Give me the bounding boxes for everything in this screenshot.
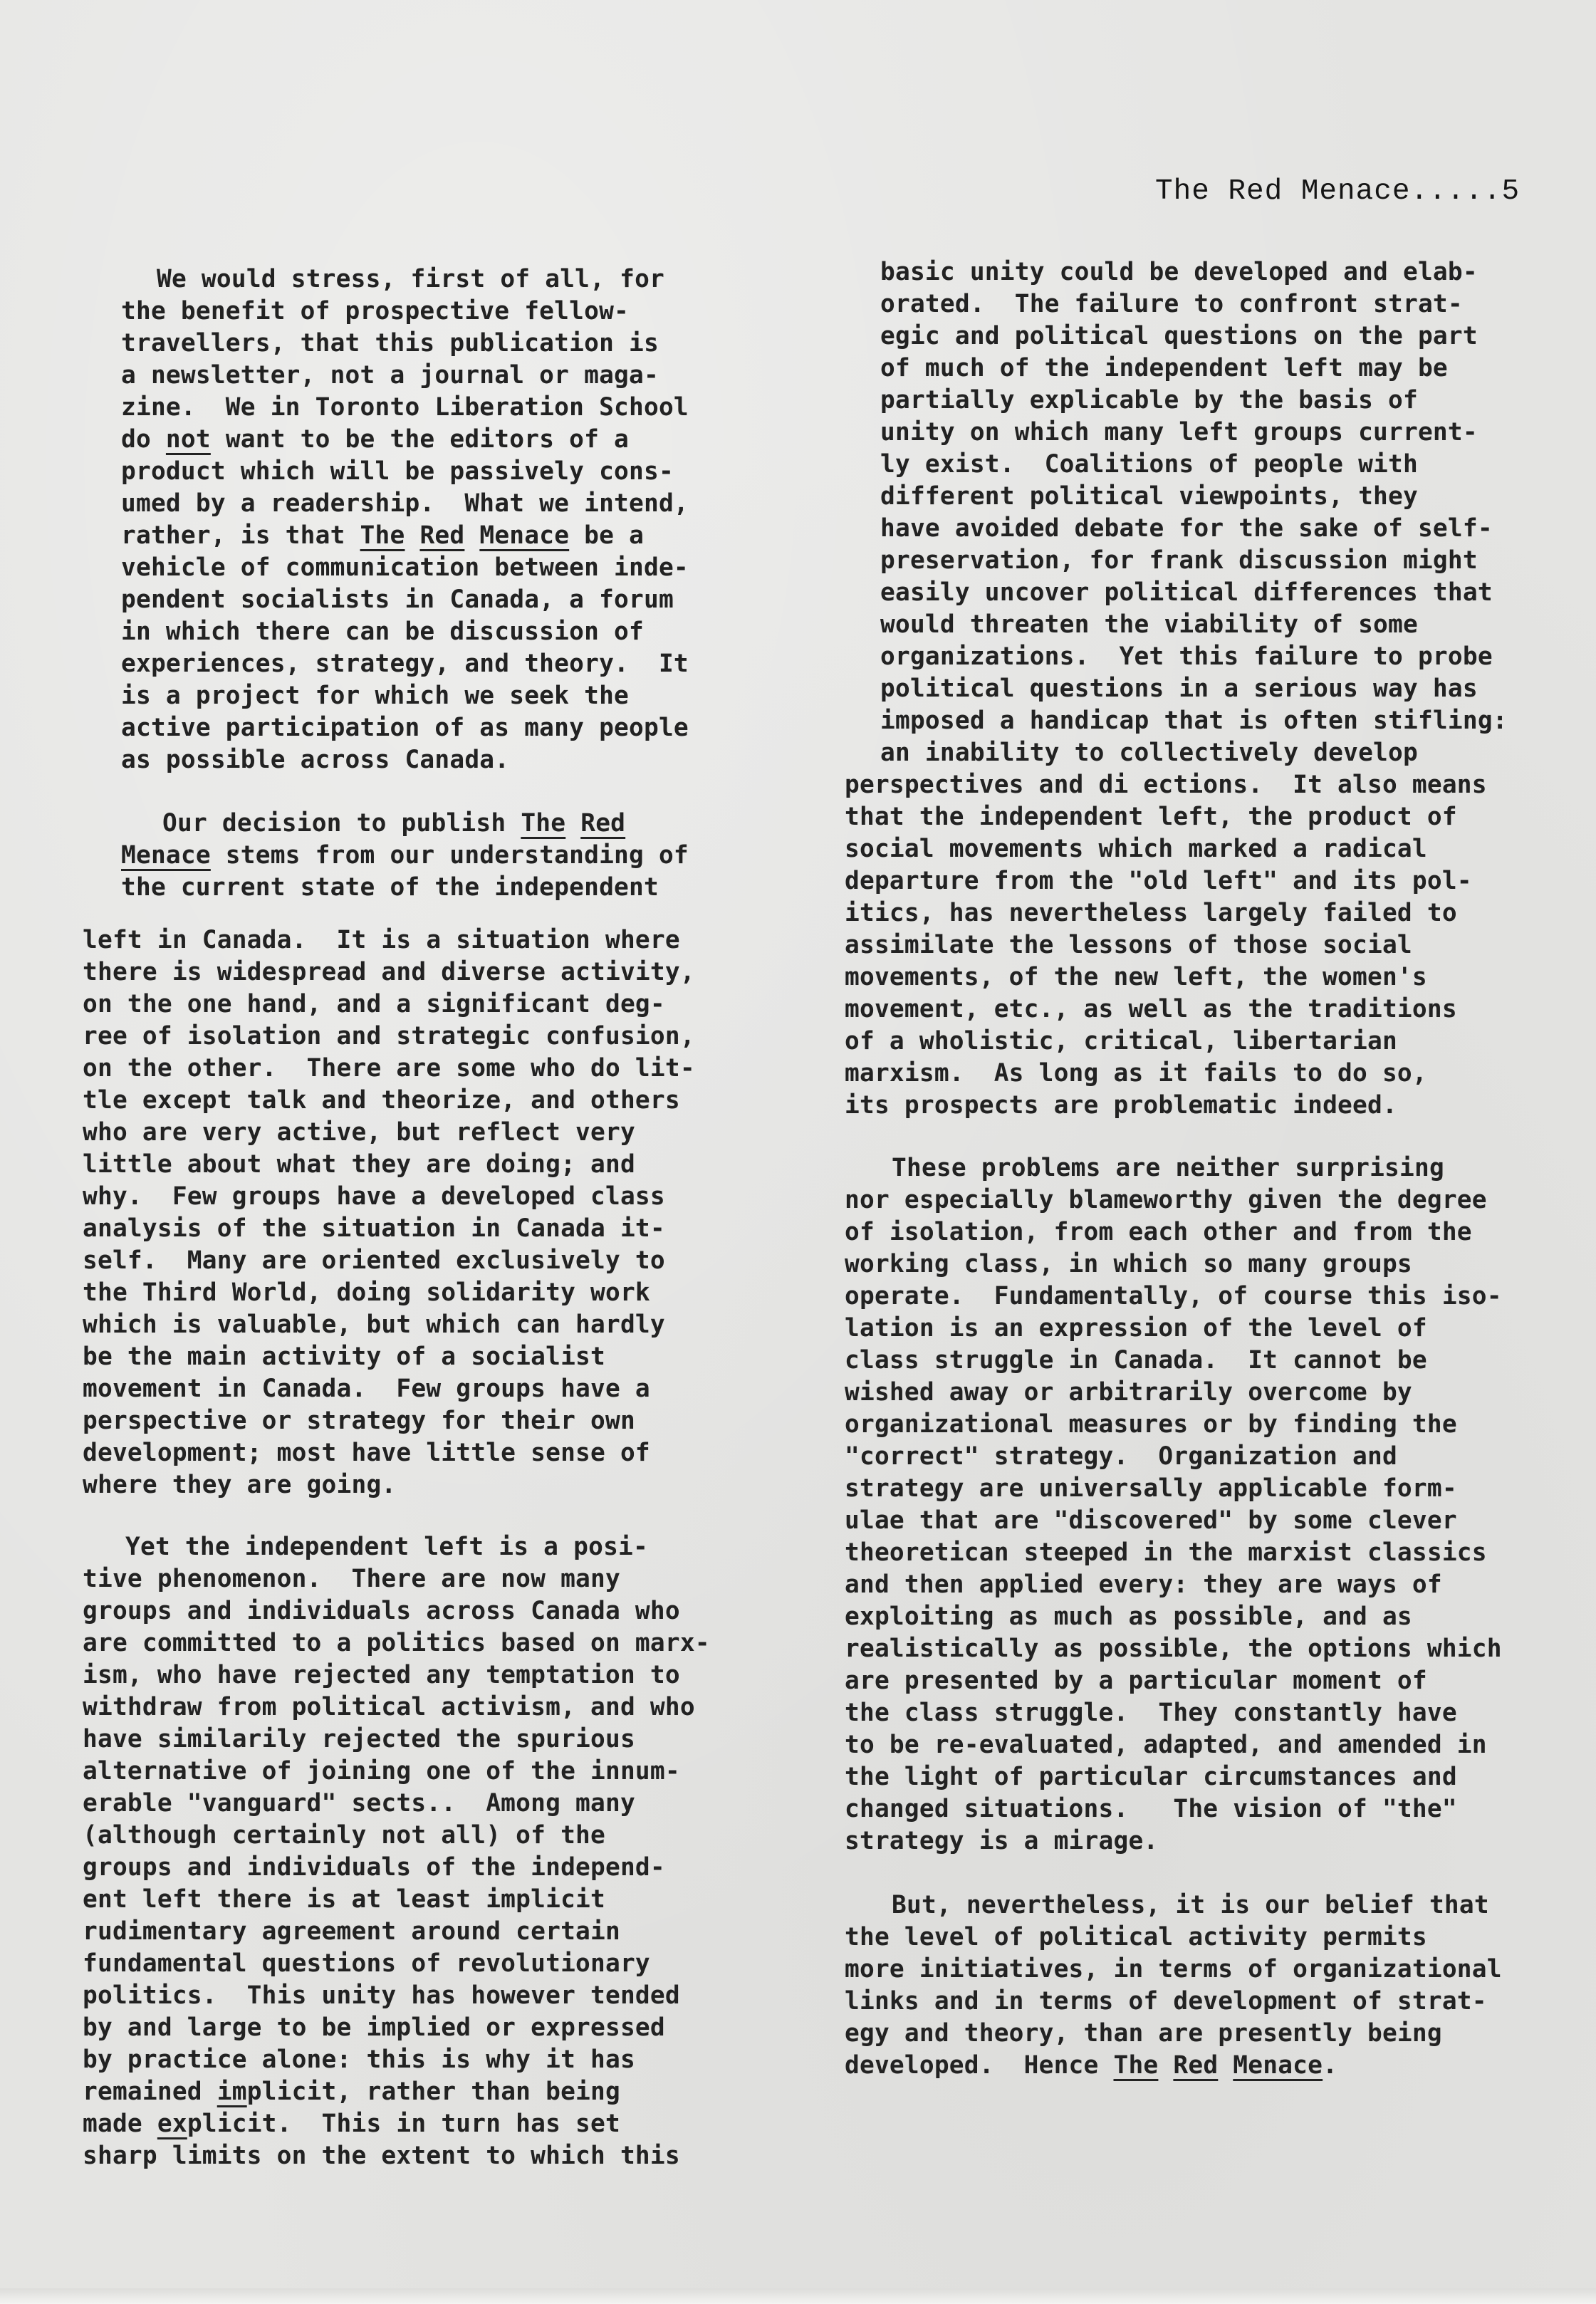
text-line: ent left there is at least implicit [83, 1885, 605, 1914]
text-span: tle except talk and theorize, and others [83, 1086, 680, 1115]
underlined-text: Red [419, 521, 464, 550]
text-span: that the independent left, the product o… [845, 803, 1457, 831]
text-line: links and in terms of development of str… [845, 1987, 1487, 2016]
text-span: Our decision to publish [162, 809, 521, 838]
text-span: would threaten the viability of some [880, 610, 1418, 639]
text-span: itics, has nevertheless largely failed t… [845, 899, 1457, 927]
text-span: who are very active, but reflect very [83, 1118, 635, 1147]
text-span: movement, etc., as well as the tradition… [845, 995, 1457, 1023]
text-span: departure from the "old left" and its po… [845, 867, 1472, 895]
text-line: little about what they are doing; and [83, 1150, 635, 1179]
text-span: basic unity could be developed and elab- [880, 258, 1478, 286]
text-span: withdraw from political activism, and wh… [83, 1693, 695, 1721]
text-line: vehicle of communication between inde- [121, 553, 689, 582]
text-span: more initiatives, in terms of organizati… [845, 1955, 1502, 1984]
text-span: of a wholistic, critical, libertarian [845, 1027, 1397, 1055]
text-line: tle except talk and theorize, and others [83, 1086, 680, 1115]
text-line: egy and theory, than are presently being [845, 2019, 1442, 2048]
text-span: stems from our understanding of [211, 841, 689, 870]
text-span: These problems are neither surprising [892, 1154, 1444, 1182]
text-span: Yet the independent left is a posi- [125, 1533, 648, 1561]
text-line: tive phenomenon. There are now many [83, 1565, 620, 1593]
text-span: organizational measures or by finding th… [845, 1410, 1457, 1439]
text-line: politics. This unity has however tended [83, 1981, 680, 2010]
text-span: partially explicable by the basis of [880, 386, 1418, 415]
underlined-text: ex [157, 2110, 187, 2138]
text-line: analysis of the situation in Canada it- [83, 1214, 665, 1243]
text-line: itics, has nevertheless largely failed t… [845, 899, 1457, 927]
text-span: as possible across Canada. [121, 746, 509, 774]
text-span: movement in Canada. Few groups have a [83, 1375, 650, 1403]
text-span: ent left there is at least implicit [83, 1885, 605, 1914]
text-line: movement, etc., as well as the tradition… [845, 995, 1457, 1023]
text-line: "correct" strategy. Organization and [845, 1442, 1397, 1471]
text-line: movements, of the new left, the women's [845, 963, 1427, 991]
text-line: which is valuable, but which can hardly [83, 1310, 665, 1339]
text-line: self. Many are oriented exclusively to [83, 1246, 665, 1275]
text-span: erable "vanguard" sects.. Among many [83, 1789, 635, 1818]
text-line: nor especially blameworthy given the deg… [845, 1186, 1487, 1214]
text-span: an inability to collectively develop [880, 739, 1418, 767]
text-span: strategy are universally applicable form… [845, 1474, 1457, 1503]
text-line: have similarily rejected the spurious [83, 1725, 635, 1753]
text-span: plicit, rather than being [247, 2078, 620, 2106]
text-span: strategy is a mirage. [845, 1827, 1158, 1855]
text-line: the light of particular circumstances an… [845, 1763, 1457, 1791]
text-span: alternative of joining one of the innum- [83, 1757, 680, 1786]
underlined-text: not [166, 425, 211, 454]
text-span: vehicle of communication between inde- [121, 553, 689, 582]
text-span: social movements which marked a radical [845, 835, 1427, 863]
underlined-text: im [217, 2078, 247, 2106]
text-span: by and large to be implied or expressed [83, 2013, 665, 2042]
text-line: realistically as possible, the options w… [845, 1635, 1502, 1663]
text-line: (although certainly not all) of the [83, 1821, 605, 1850]
text-line: ism, who have rejected any temptation to [83, 1661, 680, 1689]
text-line: where they are going. [83, 1471, 396, 1499]
text-line: to be re-evaluated, adapted, and amended… [845, 1731, 1487, 1759]
text-span: developed. Hence [845, 2051, 1113, 2080]
text-span: preservation, for frank discussion might [880, 546, 1478, 575]
text-span: zine. We in Toronto Liberation School [121, 393, 689, 422]
text-span [1218, 2051, 1233, 2080]
text-line: experiences, strategy, and theory. It [121, 650, 689, 678]
text-line: ly exist. Coalitions of people with [880, 450, 1418, 479]
text-line: remained implicit, rather than being [83, 2078, 620, 2106]
text-span: movements, of the new left, the women's [845, 963, 1427, 991]
underlined-text: Menace [121, 841, 211, 870]
text-line: lation is an expression of the level of [845, 1314, 1427, 1343]
text-line: have avoided debate for the sake of self… [880, 514, 1493, 543]
text-line: pendent socialists in Canada, a forum [121, 585, 674, 614]
text-span: want to be the editors of a [211, 425, 629, 454]
text-span: theoretican steeped in the marxist class… [845, 1538, 1487, 1567]
text-line: do not want to be the editors of a [121, 425, 629, 454]
text-line: departure from the "old left" and its po… [845, 867, 1472, 895]
text-span: ly exist. Coalitions of people with [880, 450, 1418, 479]
text-span: umed by a readership. What we intend, [121, 489, 689, 518]
text-line: different political viewpoints, they [880, 482, 1418, 511]
text-span: why. Few groups have a developed class [83, 1182, 665, 1211]
text-line: the benefit of prospective fellow- [121, 297, 629, 325]
text-span: wished away or arbitrarily overcome by [845, 1378, 1412, 1407]
text-span: experiences, strategy, and theory. It [121, 650, 689, 678]
text-span: links and in terms of development of str… [845, 1987, 1487, 2016]
text-span: left in Canada. It is a situation where [83, 926, 680, 954]
text-span: are presented by a particular moment of [845, 1667, 1427, 1695]
text-line: organizations. Yet this failure to probe [880, 642, 1493, 671]
text-line: ree of isolation and strategic confusion… [83, 1022, 695, 1051]
text-line: erable "vanguard" sects.. Among many [83, 1789, 635, 1818]
text-span [565, 809, 580, 838]
text-line: orated. The failure to confront strat- [880, 290, 1463, 318]
underlined-text: The [1113, 2051, 1158, 2080]
text-line: political questions in a serious way has [880, 674, 1478, 703]
underlined-text: The [360, 521, 405, 550]
text-span: on the other. There are some who do lit- [83, 1054, 695, 1083]
text-line: These problems are neither surprising [892, 1154, 1444, 1182]
text-line: But, nevertheless, it is our belief that [892, 1891, 1489, 1919]
text-line: organizational measures or by finding th… [845, 1410, 1457, 1439]
text-span: little about what they are doing; and [83, 1150, 635, 1179]
text-span: nor especially blameworthy given the deg… [845, 1186, 1487, 1214]
text-line: there is widespread and diverse activity… [83, 958, 695, 986]
text-span: perspectives and di ections. It also mea… [845, 771, 1487, 799]
text-span: "correct" strategy. Organization and [845, 1442, 1397, 1471]
text-line: the class struggle. They constantly have [845, 1699, 1457, 1727]
text-span: realistically as possible, the options w… [845, 1635, 1502, 1663]
text-line: wished away or arbitrarily overcome by [845, 1378, 1412, 1407]
text-line: marxism. As long as it fails to do so, [845, 1059, 1427, 1088]
text-line: be the main activity of a socialist [83, 1343, 605, 1371]
text-line: working class, in which so many groups [845, 1250, 1412, 1278]
text-span: plicit. This in turn has set [187, 2110, 620, 2138]
text-span: rather, is that [121, 521, 360, 550]
text-line: developed. Hence The Red Menace. [845, 2051, 1337, 2080]
text-line: groups and individuals across Canada who [83, 1597, 680, 1625]
text-line: rather, is that The Red Menace be a [121, 521, 644, 550]
text-line: easily uncover political differences tha… [880, 578, 1493, 607]
text-line: strategy are universally applicable form… [845, 1474, 1457, 1503]
text-span: . [1323, 2051, 1337, 2080]
text-span: is a project for which we seek the [121, 682, 629, 710]
text-span: the level of political activity permits [845, 1923, 1427, 1951]
text-span: assimilate the lessons of those social [845, 931, 1412, 959]
text-span: egy and theory, than are presently being [845, 2019, 1442, 2048]
text-line: made explicit. This in turn has set [83, 2110, 620, 2138]
text-line: movement in Canada. Few groups have a [83, 1375, 650, 1403]
text-line: withdraw from political activism, and wh… [83, 1693, 695, 1721]
text-line: zine. We in Toronto Liberation School [121, 393, 689, 422]
text-line: an inability to collectively develop [880, 739, 1418, 767]
text-span: ism, who have rejected any temptation to [83, 1661, 680, 1689]
text-span [1158, 2051, 1173, 2080]
text-span [405, 521, 419, 550]
text-span: political questions in a serious way has [880, 674, 1478, 703]
text-span: lation is an expression of the level of [845, 1314, 1427, 1343]
text-span: to be re-evaluated, adapted, and amended… [845, 1731, 1487, 1759]
text-line: its prospects are problematic indeed. [845, 1091, 1397, 1120]
text-span: development; most have little sense of [83, 1439, 650, 1467]
text-span: the current state of the independent [121, 873, 659, 902]
text-line: imposed a handicap that is often stiflin… [880, 707, 1508, 735]
underlined-text: Red [1173, 2051, 1218, 2080]
text-span: where they are going. [83, 1471, 396, 1499]
text-line: of a wholistic, critical, libertarian [845, 1027, 1397, 1055]
text-span: analysis of the situation in Canada it- [83, 1214, 665, 1243]
text-line: development; most have little sense of [83, 1439, 650, 1467]
text-span: a newsletter, not a journal or maga- [121, 361, 659, 390]
text-span: the light of particular circumstances an… [845, 1763, 1457, 1791]
text-line: strategy is a mirage. [845, 1827, 1158, 1855]
text-span: exploiting as much as possible, and as [845, 1602, 1412, 1631]
text-span: which is valuable, but which can hardly [83, 1310, 665, 1339]
text-line: of much of the independent left may be [880, 354, 1448, 382]
text-line: fundamental questions of revolutionary [83, 1949, 650, 1978]
text-line: changed situations. The vision of "the" [845, 1795, 1457, 1823]
text-span: different political viewpoints, they [880, 482, 1418, 511]
text-span: self. Many are oriented exclusively to [83, 1246, 665, 1275]
text-span: groups and individuals of the independ- [83, 1853, 665, 1882]
text-line: partially explicable by the basis of [880, 386, 1418, 415]
text-line: sharp limits on the extent to which this [83, 2142, 680, 2170]
underlined-text: Menace [1233, 2051, 1323, 2080]
text-span: travellers, that this publication is [121, 329, 659, 358]
text-span: marxism. As long as it fails to do so, [845, 1059, 1427, 1088]
text-line: the current state of the independent [121, 873, 659, 902]
underlined-text: The [521, 809, 565, 838]
text-span: fundamental questions of revolutionary [83, 1949, 650, 1978]
text-line: left in Canada. It is a situation where [83, 926, 680, 954]
text-line: egic and political questions on the part [880, 322, 1478, 350]
text-line: Our decision to publish The Red [162, 809, 625, 838]
text-line: travellers, that this publication is [121, 329, 659, 358]
text-span [464, 521, 479, 550]
text-line: assimilate the lessons of those social [845, 931, 1412, 959]
text-span: there is widespread and diverse activity… [83, 958, 695, 986]
text-span: unity on which many left groups current- [880, 418, 1478, 447]
text-line: rudimentary agreement around certain [83, 1917, 620, 1946]
text-line: why. Few groups have a developed class [83, 1182, 665, 1211]
text-line: the Third World, doing solidarity work [83, 1278, 650, 1307]
text-span: orated. The failure to confront strat- [880, 290, 1463, 318]
text-line: by and large to be implied or expressed [83, 2013, 665, 2042]
text-line: and then applied every: they are ways of [845, 1570, 1442, 1599]
text-line: by practice alone: this is why it has [83, 2045, 635, 2074]
text-span: perspective or strategy for their own [83, 1407, 635, 1435]
text-span: be the main activity of a socialist [83, 1343, 605, 1371]
text-span: egic and political questions on the part [880, 322, 1478, 350]
text-span: working class, in which so many groups [845, 1250, 1412, 1278]
text-line: groups and individuals of the independ- [83, 1853, 665, 1882]
text-span: pendent socialists in Canada, a forum [121, 585, 674, 614]
text-line: are presented by a particular moment of [845, 1667, 1427, 1695]
text-span: and then applied every: they are ways of [845, 1570, 1442, 1599]
text-line: more initiatives, in terms of organizati… [845, 1955, 1502, 1984]
text-span: made [83, 2110, 157, 2138]
text-line: that the independent left, the product o… [845, 803, 1457, 831]
text-line: We would stress, first of all, for [157, 265, 664, 293]
text-line: of isolation, from each other and from t… [845, 1218, 1472, 1246]
text-span: politics. This unity has however tended [83, 1981, 680, 2010]
right-column: basic unity could be developed and elab-… [845, 0, 1585, 2304]
text-span: the Third World, doing solidarity work [83, 1278, 650, 1307]
text-span: by practice alone: this is why it has [83, 2045, 635, 2074]
text-line: class struggle in Canada. It cannot be [845, 1346, 1427, 1375]
underlined-text: Menace [479, 521, 569, 550]
text-line: who are very active, but reflect very [83, 1118, 635, 1147]
text-line: would threaten the viability of some [880, 610, 1418, 639]
text-span: remained [83, 2078, 217, 2106]
text-span: rudimentary agreement around certain [83, 1917, 620, 1946]
text-span: of isolation, from each other and from t… [845, 1218, 1472, 1246]
text-span: imposed a handicap that is often stiflin… [880, 707, 1508, 735]
text-line: perspectives and di ections. It also mea… [845, 771, 1487, 799]
text-span: We would stress, first of all, for [157, 265, 664, 293]
text-line: basic unity could be developed and elab- [880, 258, 1478, 286]
text-line: operate. Fundamentally, of course this i… [845, 1282, 1502, 1310]
text-line: unity on which many left groups current- [880, 418, 1478, 447]
text-span: active participation of as many people [121, 714, 689, 742]
text-span: do [121, 425, 166, 454]
text-span: ree of isolation and strategic confusion… [83, 1022, 695, 1051]
text-span: operate. Fundamentally, of course this i… [845, 1282, 1502, 1310]
text-line: preservation, for frank discussion might [880, 546, 1478, 575]
text-line: are committed to a politics based on mar… [83, 1629, 710, 1657]
text-span: sharp limits on the extent to which this [83, 2142, 680, 2170]
text-line: alternative of joining one of the innum- [83, 1757, 680, 1786]
text-line: ulae that are "discovered" by some cleve… [845, 1506, 1457, 1535]
text-span: easily uncover political differences tha… [880, 578, 1493, 607]
text-line: theoretican steeped in the marxist class… [845, 1538, 1487, 1567]
text-line: on the one hand, and a significant deg- [83, 990, 665, 1018]
text-line: a newsletter, not a journal or maga- [121, 361, 659, 390]
text-span: in which there can be discussion of [121, 617, 644, 646]
text-span: changed situations. The vision of "the" [845, 1795, 1457, 1823]
text-span: tive phenomenon. There are now many [83, 1565, 620, 1593]
text-span: be a [569, 521, 644, 550]
text-line: social movements which marked a radical [845, 835, 1427, 863]
text-line: Menace stems from our understanding of [121, 841, 689, 870]
left-column: We would stress, first of all, forthe be… [121, 0, 791, 2304]
text-line: active participation of as many people [121, 714, 689, 742]
text-span: the class struggle. They constantly have [845, 1699, 1457, 1727]
text-span: the benefit of prospective fellow- [121, 297, 629, 325]
text-span: on the one hand, and a significant deg- [83, 990, 665, 1018]
text-line: umed by a readership. What we intend, [121, 489, 689, 518]
text-span: are committed to a politics based on mar… [83, 1629, 710, 1657]
text-span: have avoided debate for the sake of self… [880, 514, 1493, 543]
text-span: have similarily rejected the spurious [83, 1725, 635, 1753]
text-line: product which will be passively cons- [121, 457, 674, 486]
text-span: ulae that are "discovered" by some cleve… [845, 1506, 1457, 1535]
text-span: organizations. Yet this failure to probe [880, 642, 1493, 671]
text-span: (although certainly not all) of the [83, 1821, 605, 1850]
text-line: exploiting as much as possible, and as [845, 1602, 1412, 1631]
text-span: But, nevertheless, it is our belief that [892, 1891, 1489, 1919]
text-line: Yet the independent left is a posi- [125, 1533, 648, 1561]
text-line: on the other. There are some who do lit- [83, 1054, 695, 1083]
text-line: in which there can be discussion of [121, 617, 644, 646]
text-line: the level of political activity permits [845, 1923, 1427, 1951]
text-span: of much of the independent left may be [880, 354, 1448, 382]
text-span: product which will be passively cons- [121, 457, 674, 486]
text-line: perspective or strategy for their own [83, 1407, 635, 1435]
text-span: class struggle in Canada. It cannot be [845, 1346, 1427, 1375]
text-line: as possible across Canada. [121, 746, 509, 774]
underlined-text: Red [580, 809, 625, 838]
text-span: its prospects are problematic indeed. [845, 1091, 1397, 1120]
text-span: groups and individuals across Canada who [83, 1597, 680, 1625]
text-line: is a project for which we seek the [121, 682, 629, 710]
